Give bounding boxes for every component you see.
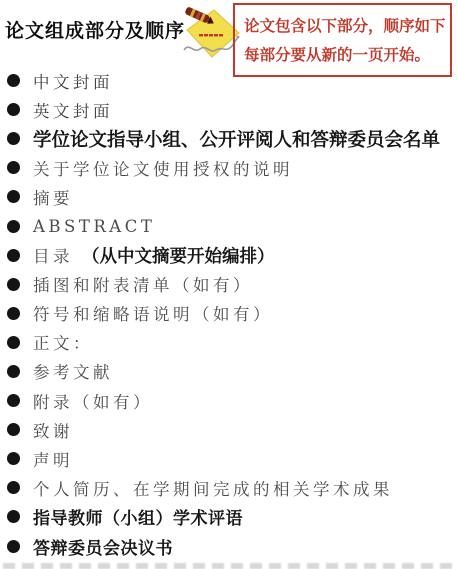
list-item: ABSTRACT <box>0 211 457 240</box>
bullet-icon <box>7 103 20 116</box>
list-item-label: ABSTRACT <box>33 217 155 236</box>
list-item-label: 指导教师（小组）学术评语 <box>33 504 243 529</box>
list-item-label: 声明 <box>33 447 73 471</box>
bullet-icon <box>7 365 20 378</box>
list-item: 插图和附表清单（如有） <box>0 270 457 299</box>
list-item: 参考文献 <box>0 357 457 386</box>
list-item: 正文： <box>0 328 457 357</box>
cropped-next-text-line <box>3 563 454 569</box>
bullet-icon <box>7 452 20 465</box>
list-item-label: 学位论文指导小组、公开评阅人和答辩委员会名单 <box>33 126 440 152</box>
tiny-red-text <box>199 34 223 36</box>
list-item-label: 插图和附表清单（如有） <box>33 272 253 296</box>
list-item: 英文封面 <box>0 95 457 124</box>
bullet-icon <box>7 336 20 349</box>
bullet-icon <box>7 132 20 145</box>
list-item: 个人简历、在学期间完成的相关学术成果 <box>0 473 457 502</box>
list-item: 关于学位论文使用授权的说明 <box>0 153 457 182</box>
list-item-label: 关于学位论文使用授权的说明 <box>33 156 293 180</box>
bullet-icon <box>7 540 20 553</box>
list-item: 附录（如有） <box>0 386 457 415</box>
bullet-icon <box>7 481 20 494</box>
callout-line-1: 论文包含以下部分，顺序如下 <box>244 11 447 40</box>
list-item: 答辩委员会决议书 <box>0 532 457 561</box>
page-title: 论文组成部分及顺序 <box>5 16 185 43</box>
bullet-icon <box>7 220 20 233</box>
bullet-icon <box>7 74 20 87</box>
bullet-icon <box>7 510 20 523</box>
list-item-label: 附录（如有） <box>33 389 153 413</box>
list-item: 声明 <box>0 444 457 473</box>
bullet-icon <box>7 278 20 291</box>
document-page: 论文组成部分及顺序 论文包含以下部分，顺序如下 每部分要从新的一 <box>0 0 457 569</box>
list-item: 指导教师（小组）学术评语 <box>0 502 457 531</box>
list-item-label: 目录 <box>33 243 73 267</box>
callout-line-2: 每部分要从新的一页开始。 <box>244 40 447 69</box>
bullet-icon <box>7 161 20 174</box>
list-item: 中文封面 <box>0 66 457 95</box>
list-item-label: 符号和缩略语说明（如有） <box>33 301 273 325</box>
list-item-label: 参考文献 <box>33 359 113 383</box>
list-item-label: 正文： <box>33 330 93 354</box>
list-item: 学位论文指导小组、公开评阅人和答辩委员会名单 <box>0 124 457 153</box>
bullet-icon <box>7 423 20 436</box>
list-item: 目录 （从中文摘要开始编排） <box>0 241 457 270</box>
list-item: 摘要 <box>0 182 457 211</box>
list-item: 符号和缩略语说明（如有） <box>0 299 457 328</box>
list-item-label: 致谢 <box>33 418 73 442</box>
bullet-icon <box>7 307 20 320</box>
bullet-icon <box>7 394 20 407</box>
list-item-label: 中文封面 <box>33 69 113 93</box>
list-item: 致谢 <box>0 415 457 444</box>
bullet-icon <box>7 190 20 203</box>
list-item-label: 摘要 <box>33 185 73 209</box>
list-item-label: 答辩委员会决议书 <box>33 534 173 559</box>
bullet-icon <box>7 249 20 262</box>
list-item-suffix: （从中文摘要开始编排） <box>82 243 275 268</box>
list-item-label: 英文封面 <box>33 98 113 122</box>
thesis-parts-list: 中文封面 英文封面 学位论文指导小组、公开评阅人和答辩委员会名单 关于学位论文使… <box>0 66 457 561</box>
list-item-label: 个人简历、在学期间完成的相关学术成果 <box>33 476 393 500</box>
